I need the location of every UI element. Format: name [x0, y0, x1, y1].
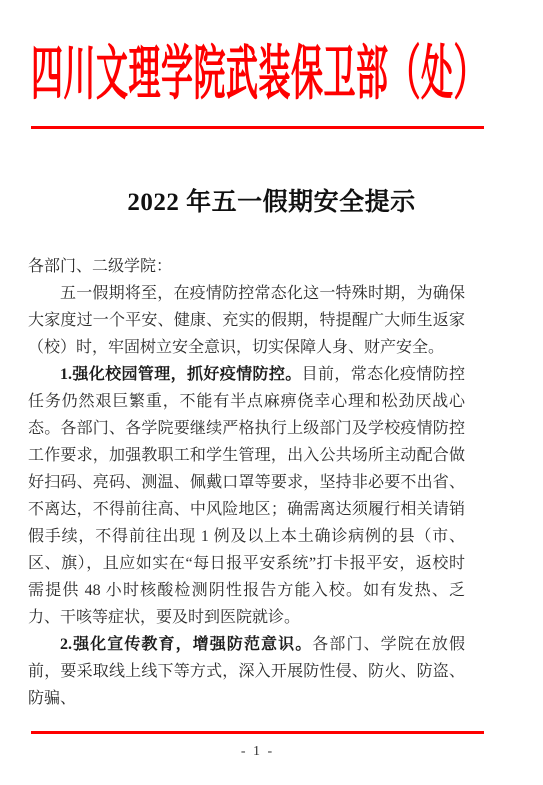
- letterhead-divider-rule: [31, 126, 484, 129]
- document-title: 2022 年五一假期安全提示: [0, 182, 543, 218]
- letterhead-org-name: 四川文理学院武装保卫部（处）: [31, 40, 484, 108]
- footer-divider-rule: [31, 731, 484, 734]
- paragraph-text: 目前，常态化疫情防控任务仍然艰巨繁重，不能有半点麻痹侥幸心理和松劲厌战心态。各部…: [28, 366, 465, 626]
- document-body: 各部门、二级学院： 五一假期将至，在疫情防控常态化这一特殊时期，为确保大家度过一…: [28, 253, 465, 712]
- page-number: - 1 -: [31, 742, 484, 762]
- paragraph-section-2: 2.强化宣传教育，增强防范意识。各部门、学院在放假前，要采取线上线下等方式，深入…: [28, 631, 465, 712]
- salutation-line: 各部门、二级学院：: [28, 253, 465, 280]
- paragraph-intro: 五一假期将至，在疫情防控常态化这一特殊时期，为确保大家度过一个平安、健康、充实的…: [28, 280, 465, 361]
- paragraph-section-1: 1.强化校园管理，抓好疫情防控。目前，常态化疫情防控任务仍然艰巨繁重，不能有半点…: [28, 361, 465, 631]
- section-1-heading: 1.强化校园管理，抓好疫情防控。: [60, 366, 302, 383]
- section-2-heading: 2.强化宣传教育，增强防范意识。: [60, 636, 312, 653]
- paragraph-text: 五一假期将至，在疫情防控常态化这一特殊时期，为确保大家度过一个平安、健康、充实的…: [28, 285, 465, 356]
- document-page: 四川文理学院武装保卫部（处） 2022 年五一假期安全提示 各部门、二级学院： …: [0, 0, 543, 785]
